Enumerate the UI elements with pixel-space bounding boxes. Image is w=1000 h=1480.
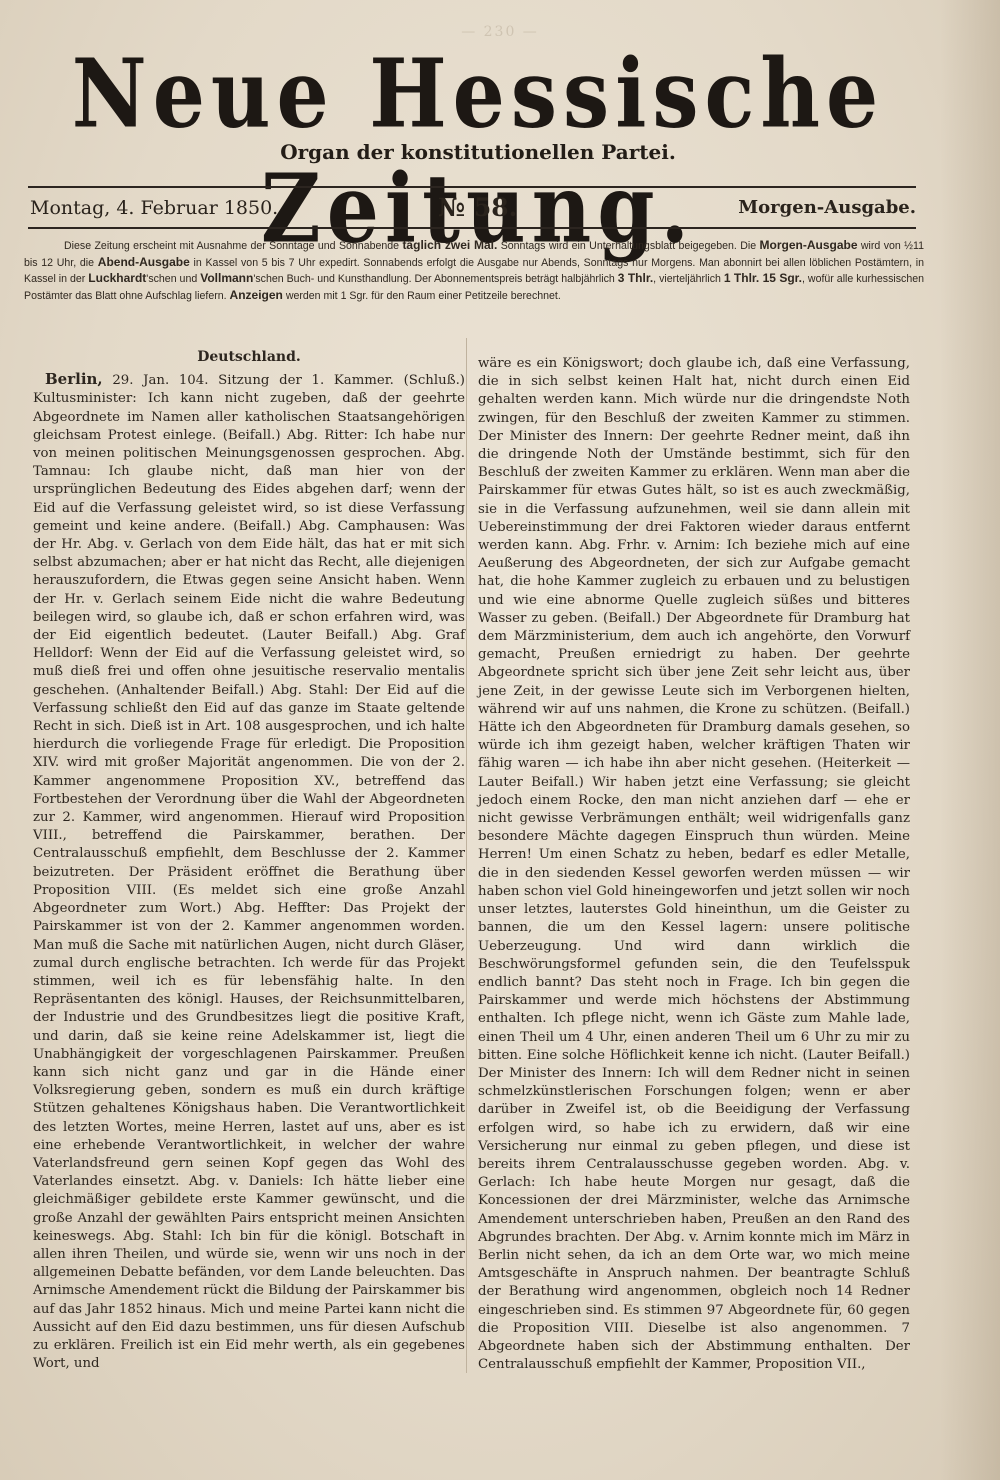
notice-text: , vierteljährlich <box>653 273 724 285</box>
notice-bold: Luckhardt <box>88 271 146 285</box>
dateline: Montag, 4. Februar 1850. № 58. Morgen-Au… <box>28 193 916 225</box>
section-heading: Deutschland. <box>33 348 465 366</box>
notice-bold: 3 Thlr. <box>618 271 653 285</box>
article-paragraph: Berlin, 29. Jan. 104. Sitzung der 1. Kam… <box>33 370 465 1373</box>
notice-bold: Vollmann <box>200 271 253 285</box>
article-text: wäre es ein Königswort; doch glaube ich,… <box>478 356 910 1372</box>
masthead-subtitle: Organ der konstitutionellen Partei. <box>28 140 928 164</box>
article-text: 29. Jan. 104. Sitzung der 1. Kammer. (Sc… <box>33 373 465 1371</box>
subscription-notice: Diese Zeitung erscheint mit Ausnahme der… <box>24 238 924 304</box>
notice-text: 'schen Buch- und Kunsthandlung. Der Abon… <box>253 273 617 285</box>
edition-label: Morgen-Ausgabe. <box>738 197 916 218</box>
notice-text: 'schen und <box>146 273 200 285</box>
notice-bold: Morgen-Ausgabe <box>760 238 858 252</box>
notice-bold: Abend-Ausgabe <box>98 255 190 269</box>
notice-bold: Anzeigen <box>230 288 283 302</box>
article-column-left: Deutschland. Berlin, 29. Jan. 104. Sitzu… <box>33 340 465 1373</box>
issue-date: Montag, 4. Februar 1850. <box>30 197 278 219</box>
notice-bold: 1 Thlr. 15 Sgr. <box>724 271 802 285</box>
top-rule <box>28 186 916 188</box>
notice-text: Sonntags wird ein Unterhaltungsblatt bei… <box>497 240 759 252</box>
newspaper-page: — 230 — Neue Hessische Zeitung. Organ de… <box>0 0 1000 1480</box>
article-paragraph: wäre es ein Königswort; doch glaube ich,… <box>478 355 910 1374</box>
page-edge-shadow <box>940 0 1000 1480</box>
notice-text: werden mit 1 Sgr. für den Raum einer Pet… <box>283 290 561 302</box>
issue-number: № 58. <box>438 193 517 222</box>
notice-text: Diese Zeitung erscheint mit Ausnahme der… <box>64 240 402 252</box>
column-divider <box>466 338 467 1373</box>
dateline-place: Berlin, <box>45 370 103 388</box>
article-column-right: wäre es ein Königswort; doch glaube ich,… <box>478 355 910 1374</box>
bottom-rule <box>28 227 916 229</box>
notice-bold: täglich zwei Mal. <box>402 238 497 252</box>
